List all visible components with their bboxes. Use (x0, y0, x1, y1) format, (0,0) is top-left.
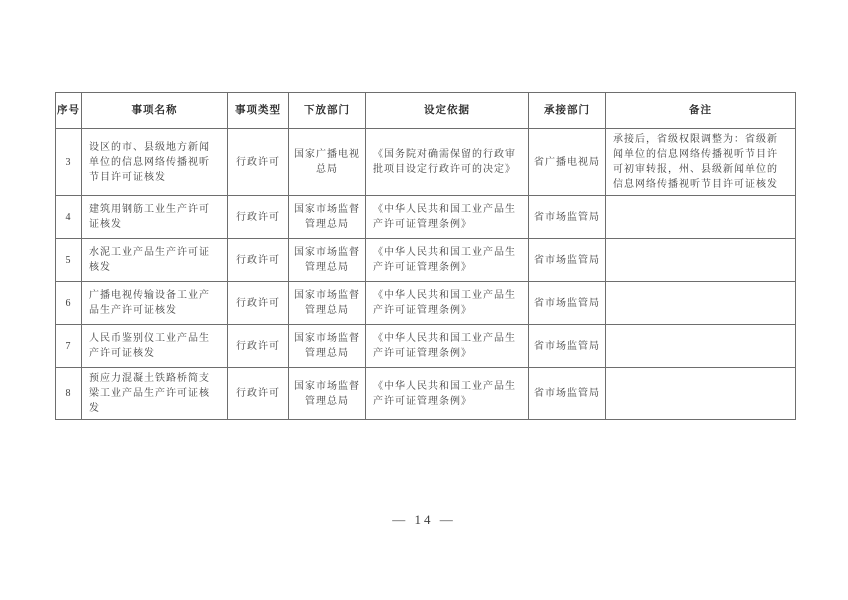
cell-remarks (606, 282, 796, 325)
cell-receiving-dept: 省广播电视局 (529, 129, 606, 196)
cell-receiving-dept: 省市场监管局 (529, 196, 606, 239)
cell-receiving-dept: 省市场监管局 (529, 239, 606, 282)
cell-legal-basis: 《中华人民共和国工业产品生产许可证管理条例》 (366, 196, 529, 239)
cell-seq-no: 7 (56, 325, 82, 368)
cell-legal-basis: 《中华人民共和国工业产品生产许可证管理条例》 (366, 282, 529, 325)
table-row: 5 水泥工业产品生产许可证核发 行政许可 国家市场监督管理总局 《中华人民共和国… (56, 239, 796, 282)
cell-item-type: 行政许可 (228, 282, 289, 325)
table-row: 6 广播电视传输设备工业产品生产许可证核发 行政许可 国家市场监督管理总局 《中… (56, 282, 796, 325)
table-header-row: 序号 事项名称 事项类型 下放部门 设定依据 承接部门 备注 (56, 93, 796, 129)
cell-item-type: 行政许可 (228, 196, 289, 239)
cell-seq-no: 6 (56, 282, 82, 325)
cell-item-name: 预应力混凝土铁路桥简支梁工业产品生产许可证核发 (82, 368, 228, 420)
cell-legal-basis: 《国务院对确需保留的行政审批项目设定行政许可的决定》 (366, 129, 529, 196)
cell-delegating-dept: 国家市场监督管理总局 (289, 239, 366, 282)
cell-legal-basis: 《中华人民共和国工业产品生产许可证管理条例》 (366, 239, 529, 282)
cell-delegating-dept: 国家市场监督管理总局 (289, 325, 366, 368)
col-header-delegating-dept: 下放部门 (289, 93, 366, 129)
cell-remarks (606, 196, 796, 239)
cell-seq-no: 3 (56, 129, 82, 196)
cell-item-type: 行政许可 (228, 129, 289, 196)
cell-item-name: 人民币鉴别仪工业产品生产许可证核发 (82, 325, 228, 368)
table-row: 4 建筑用钢筋工业生产许可证核发 行政许可 国家市场监督管理总局 《中华人民共和… (56, 196, 796, 239)
cell-seq-no: 8 (56, 368, 82, 420)
cell-seq-no: 4 (56, 196, 82, 239)
page-number: — 14 — (0, 512, 848, 528)
cell-item-name: 水泥工业产品生产许可证核发 (82, 239, 228, 282)
cell-seq-no: 5 (56, 239, 82, 282)
col-header-item-type: 事项类型 (228, 93, 289, 129)
cell-item-name: 建筑用钢筋工业生产许可证核发 (82, 196, 228, 239)
col-header-receiving-dept: 承接部门 (529, 93, 606, 129)
cell-legal-basis: 《中华人民共和国工业产品生产许可证管理条例》 (366, 325, 529, 368)
table-row: 7 人民币鉴别仪工业产品生产许可证核发 行政许可 国家市场监督管理总局 《中华人… (56, 325, 796, 368)
cell-receiving-dept: 省市场监管局 (529, 325, 606, 368)
table-row: 8 预应力混凝土铁路桥简支梁工业产品生产许可证核发 行政许可 国家市场监督管理总… (56, 368, 796, 420)
cell-receiving-dept: 省市场监管局 (529, 282, 606, 325)
cell-item-type: 行政许可 (228, 368, 289, 420)
col-header-legal-basis: 设定依据 (366, 93, 529, 129)
cell-receiving-dept: 省市场监管局 (529, 368, 606, 420)
cell-item-name: 设区的市、县级地方新闻单位的信息网络传播视听节目许可证核发 (82, 129, 228, 196)
cell-delegating-dept: 国家广播电视总局 (289, 129, 366, 196)
cell-remarks: 承接后，省级权限调整为：省级新闻单位的信息网络传播视听节目许可初审转报，州、县级… (606, 129, 796, 196)
delegated-items-table: 序号 事项名称 事项类型 下放部门 设定依据 承接部门 备注 3 设区的市、县级… (55, 92, 796, 420)
cell-item-type: 行政许可 (228, 325, 289, 368)
table-row: 3 设区的市、县级地方新闻单位的信息网络传播视听节目许可证核发 行政许可 国家广… (56, 129, 796, 196)
cell-remarks (606, 239, 796, 282)
col-header-seq-no: 序号 (56, 93, 82, 129)
cell-item-name: 广播电视传输设备工业产品生产许可证核发 (82, 282, 228, 325)
cell-item-type: 行政许可 (228, 239, 289, 282)
cell-remarks (606, 368, 796, 420)
col-header-item-name: 事项名称 (82, 93, 228, 129)
cell-delegating-dept: 国家市场监督管理总局 (289, 282, 366, 325)
cell-delegating-dept: 国家市场监督管理总局 (289, 196, 366, 239)
col-header-remarks: 备注 (606, 93, 796, 129)
cell-legal-basis: 《中华人民共和国工业产品生产许可证管理条例》 (366, 368, 529, 420)
cell-remarks (606, 325, 796, 368)
cell-delegating-dept: 国家市场监督管理总局 (289, 368, 366, 420)
document-page: 序号 事项名称 事项类型 下放部门 设定依据 承接部门 备注 3 设区的市、县级… (0, 0, 848, 600)
